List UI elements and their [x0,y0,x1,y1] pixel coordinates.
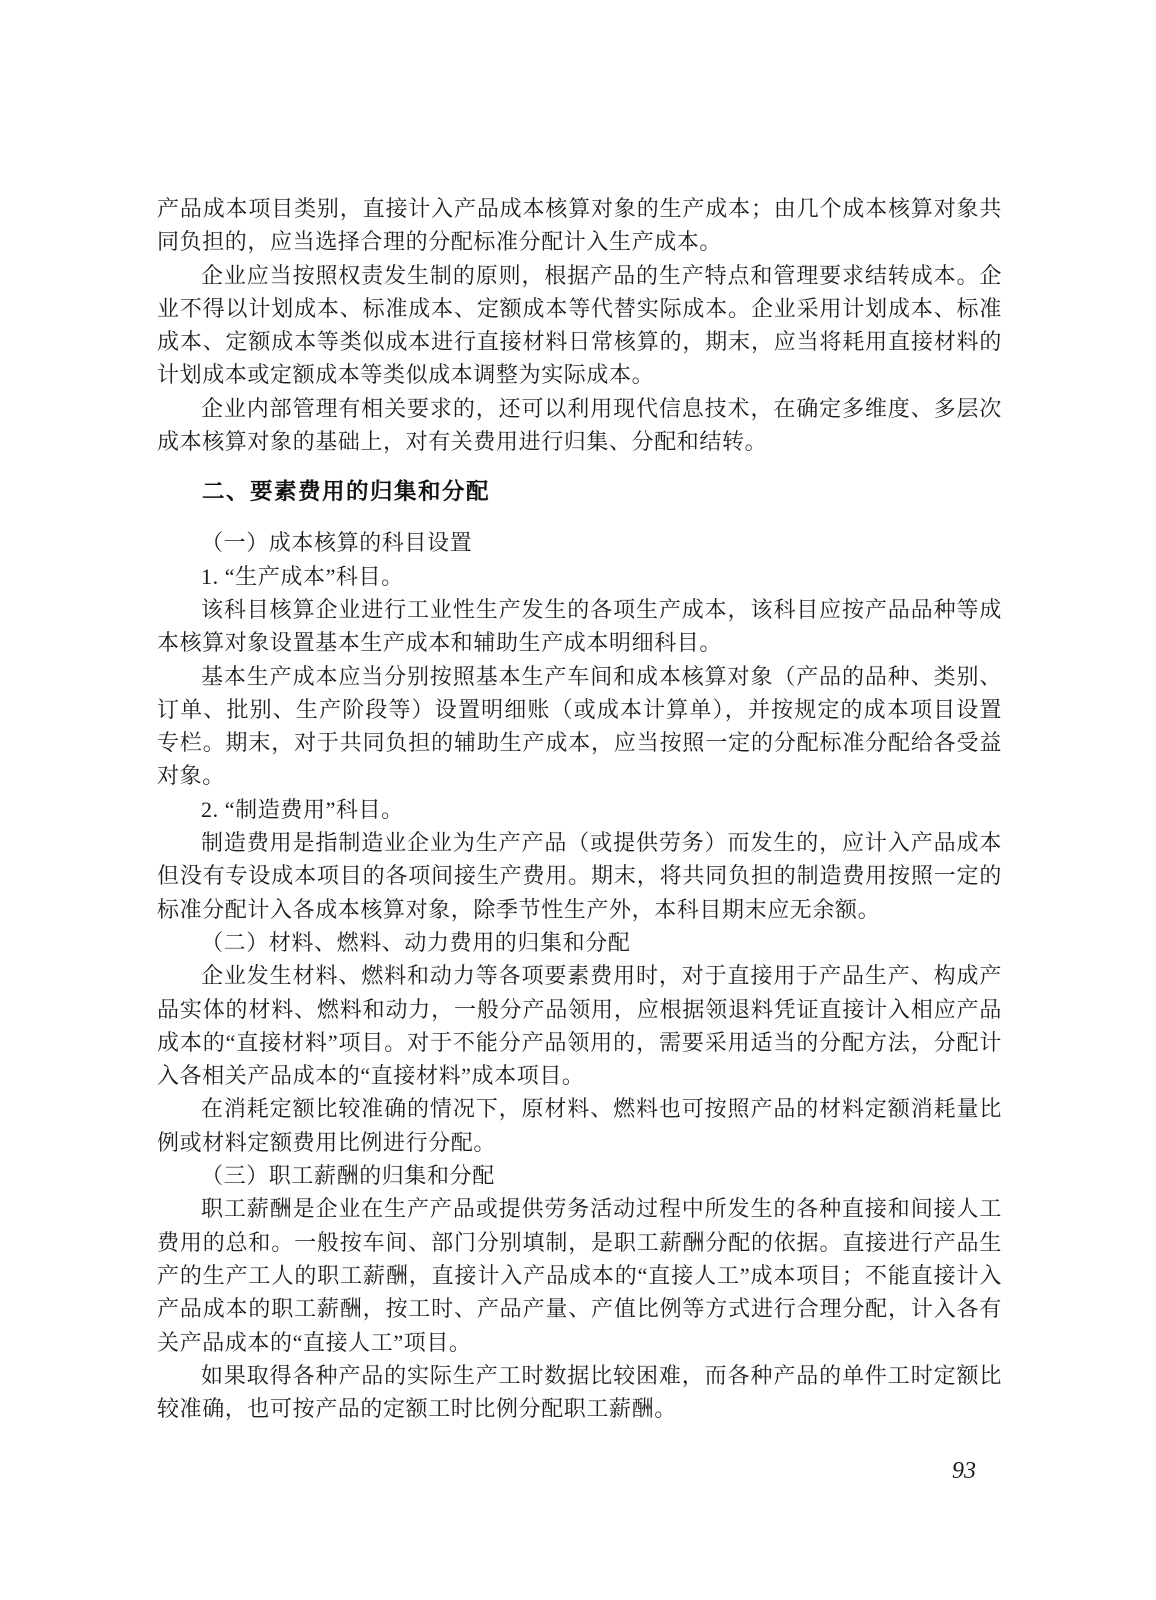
paragraph: 如果取得各种产品的实际生产工时数据比较困难，而各种产品的单件工时定额比较准确，也… [157,1359,1002,1426]
page-number: 93 [952,1458,976,1485]
paragraph: 在消耗定额比较准确的情况下，原材料、燃料也可按照产品的材料定额消耗量比例或材料定… [157,1092,1002,1159]
paragraph: （三）职工薪酬的归集和分配 [157,1159,1002,1192]
paragraph: （一）成本核算的科目设置 [157,526,1002,559]
paragraph: （二）材料、燃料、动力费用的归集和分配 [157,926,1002,959]
page-content: 产品成本项目类别，直接计入产品成本核算对象的生产成本；由几个成本核算对象共同负担… [157,192,1002,1425]
paragraph: 企业发生材料、燃料和动力等各项要素费用时，对于直接用于产品生产、构成产品实体的材… [157,959,1002,1092]
paragraph: 该科目核算企业进行工业性生产发生的各项生产成本，该科目应按产品品种等成本核算对象… [157,593,1002,660]
paragraph: 2. “制造费用”科目。 [157,793,1002,826]
paragraph: 企业应当按照权责发生制的原则，根据产品的生产特点和管理要求结转成本。企业不得以计… [157,259,1002,392]
paragraph: 职工薪酬是企业在生产产品或提供劳务活动过程中所发生的各种直接和间接人工费用的总和… [157,1192,1002,1358]
paragraph: 1. “生产成本”科目。 [157,560,1002,593]
section-heading: 二、要素费用的归集和分配 [157,475,1002,509]
paragraph: 企业内部管理有相关要求的，还可以利用现代信息技术，在确定多维度、多层次成本核算对… [157,392,1002,459]
paragraph: 基本生产成本应当分别按照基本生产车间和成本核算对象（产品的品种、类别、订单、批别… [157,660,1002,793]
paragraph: 制造费用是指制造业企业为生产产品（或提供劳务）而发生的，应计入产品成本但没有专设… [157,826,1002,926]
document-page: 产品成本项目类别，直接计入产品成本核算对象的生产成本；由几个成本核算对象共同负担… [0,0,1156,1600]
paragraph: 产品成本项目类别，直接计入产品成本核算对象的生产成本；由几个成本核算对象共同负担… [157,192,1002,259]
